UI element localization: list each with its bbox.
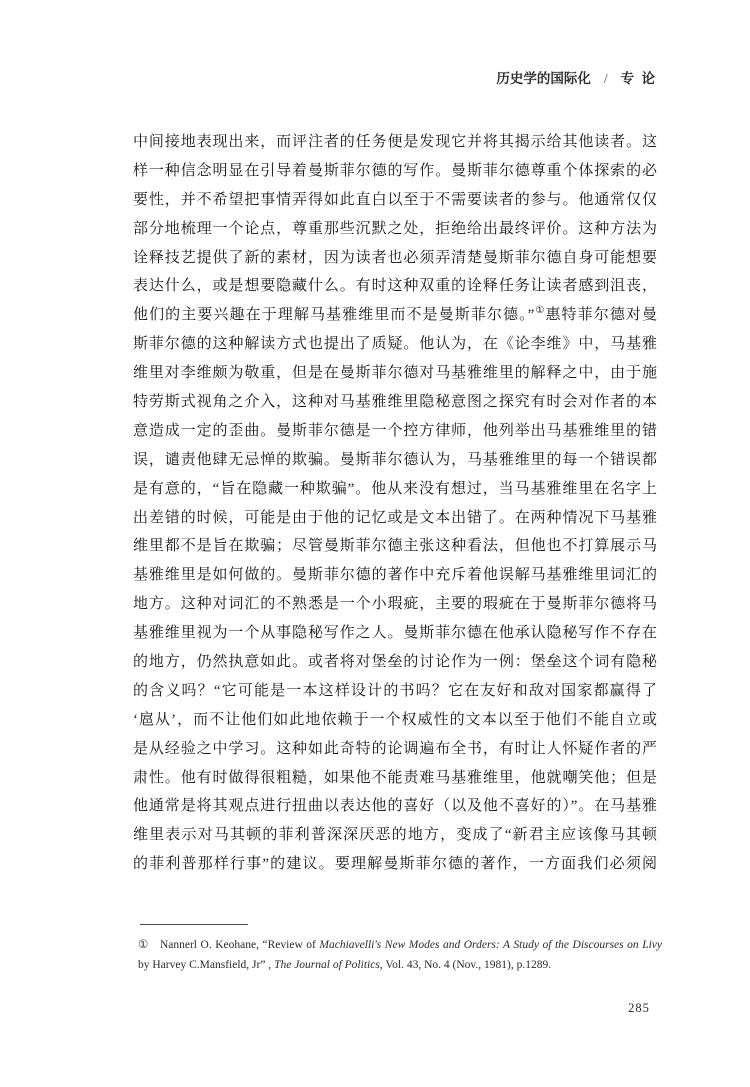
body-text-line: 中间接地表现出来，而评注者的任务便是发现它并将其揭示给其他读者。这	[133, 128, 657, 157]
footnote-text: Nannerl O. Keohane, “Review of Machiavel…	[138, 939, 662, 971]
body-text-line: 的地方，仍然执意如此。或者将对堡垒的讨论作为一例：堡垒这个词有隐秘	[133, 648, 657, 677]
body-text-line: 斯菲尔德的这种解读方式也提出了质疑。他认为，在《论李维》中，马基雅	[133, 330, 657, 359]
footnote-ref-marker: ①	[534, 305, 545, 316]
body-text-line: 要性，并不希望把事情弄得如此直白以至于不需要读者的参与。他通常仅仅	[133, 186, 657, 215]
footnote-work-title: The Journal of Politics	[274, 959, 380, 971]
body-text-line: 意造成一定的歪曲。曼斯菲尔德是一个控方律师，他列举出马基雅维里的错	[133, 417, 657, 446]
body-text-line: 诠释技艺提供了新的素材，因为读者也必须弄清楚曼斯菲尔德自身可能想要	[133, 244, 657, 273]
body-text-line: 他通常是将其观点进行扭曲以表达他的喜好（以及他不喜好的）”。在马基雅	[133, 792, 657, 821]
body-text-line: 他们的主要兴趣在于理解马基雅维里而不是曼斯菲尔德。”①惠特菲尔德对曼	[133, 301, 657, 330]
body-text-line: 误，谴责他肆无忌惮的欺骗。曼斯菲尔德认为，马基雅维里的每一个错误都	[133, 446, 657, 475]
body-text-line: 的菲利普那样行事”的建议。要理解曼斯菲尔德的著作，一方面我们必须阅	[133, 850, 657, 879]
header-column-label: 专 论	[621, 67, 657, 87]
body-text-line: 维里对李维颇为敬重，但是在曼斯菲尔德对马基雅维里的解释之中，由于施	[133, 359, 657, 388]
body-text-line: 部分地梳理一个论点，尊重那些沉默之处，拒绝给出最终评价。这种方法为	[133, 215, 657, 244]
footnote-text-segment: by Harvey C.Mansfield, Jr” ,	[138, 959, 274, 971]
body-text-line: 维里都不是旨在欺骗；尽管曼斯菲尔德主张这种看法，但他也不打算展示马	[133, 532, 657, 561]
body-text-line: 表达什么，或是想要隐藏什么。有时这种双重的诠释任务让读者感到沮丧，	[133, 272, 657, 301]
footnote-separator-rule	[140, 924, 248, 925]
page-number: 285	[614, 1001, 664, 1016]
body-text-line: 维里表示对马其顿的菲利普深深厌恶的地方，变成了“新君主应该像马其顿	[133, 821, 657, 850]
running-header: 历史学的国际化 / 专 论	[133, 67, 657, 87]
footnote-work-title: Machiavelli's New Modes and Orders: A St…	[319, 939, 662, 951]
body-text-line: 样一种信念明显在引导着曼斯菲尔德的写作。曼斯菲尔德尊重个体探索的必	[133, 157, 657, 186]
footnote-text-segment: , Vol. 43, No. 4 (Nov., 1981), p.1289.	[380, 959, 551, 971]
body-text-line: 出差错的时候，可能是由于他的记忆或是文本出错了。在两种情况下马基雅	[133, 504, 657, 533]
footnote-text-segment: Nannerl O. Keohane, “Review of	[160, 939, 319, 951]
footnote: ①Nannerl O. Keohane, “Review of Machiave…	[138, 936, 662, 975]
body-text-line: 基雅维里是如何做的。曼斯菲尔德的著作中充斥着他误解马基雅维里词汇的	[133, 561, 657, 590]
body-paragraph: 中间接地表现出来，而评注者的任务便是发现它并将其揭示给其他读者。这样一种信念明显…	[133, 128, 657, 879]
body-text-line: ‘扈从’，而不让他们如此地依赖于一个权威性的文本以至于他们不能自立或	[133, 706, 657, 735]
header-separator: /	[604, 71, 608, 87]
header-section-title: 历史学的国际化	[496, 67, 591, 87]
body-text-line: 是有意的，“旨在隐藏一种欺骗”。他从来没有想过，当马基雅维里在名字上	[133, 475, 657, 504]
body-text-line: 特劳斯式视角之介入，这种对马基雅维里隐秘意图之探究有时会对作者的本	[133, 388, 657, 417]
footnote-number-marker: ①	[138, 939, 149, 951]
body-text-line: 地方。这种对词汇的不熟悉是一个小瑕疵，主要的瑕疵在于曼斯菲尔德将马	[133, 590, 657, 619]
document-page: 历史学的国际化 / 专 论 中间接地表现出来，而评注者的任务便是发现它并将其揭示…	[0, 0, 750, 1087]
body-text-line: 肃性。他有时做得很粗糙，如果他不能责难马基雅维里，他就嘲笑他；但是	[133, 764, 657, 793]
body-text-line: 的含义吗？“它可能是一本这样设计的书吗？它在友好和敌对国家都赢得了	[133, 677, 657, 706]
body-text-line: 是从经验之中学习。这种如此奇特的论调遍布全书，有时让人怀疑作者的严	[133, 735, 657, 764]
body-text-line: 基雅维里视为一个从事隐秘写作之人。曼斯菲尔德在他承认隐秘写作不存在	[133, 619, 657, 648]
